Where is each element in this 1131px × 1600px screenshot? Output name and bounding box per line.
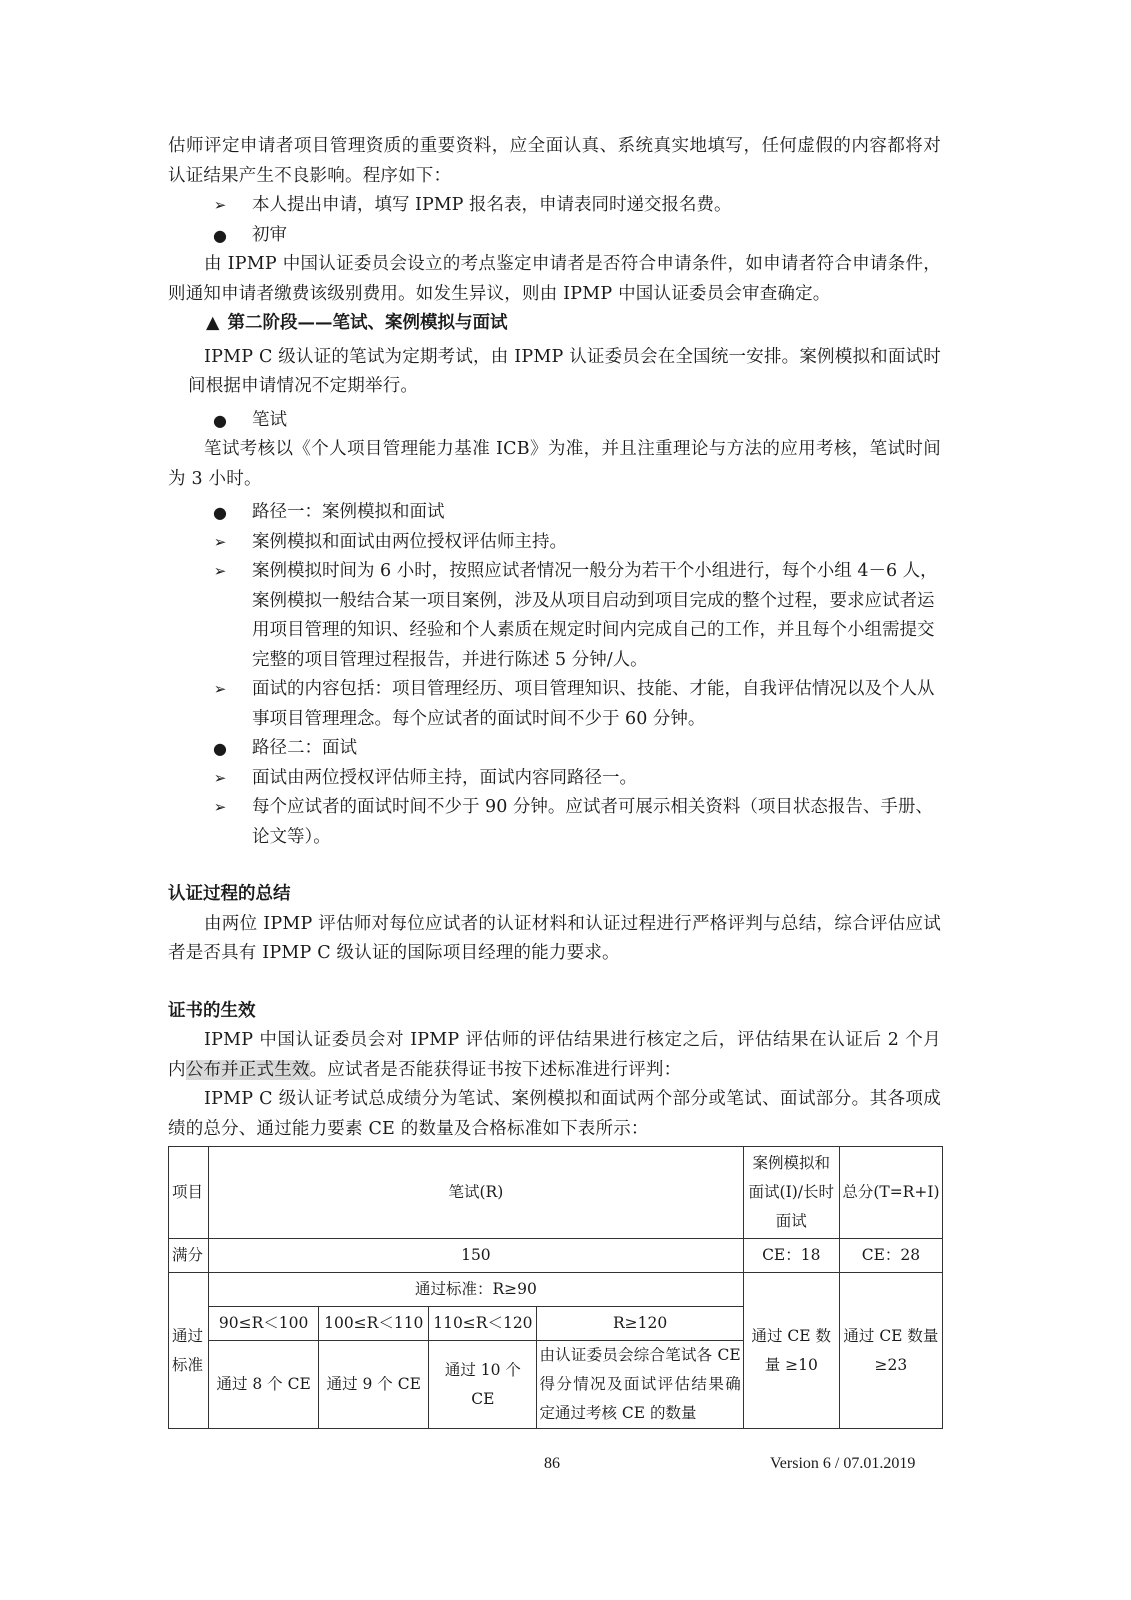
full-score-label: 满分 [169,1239,209,1273]
list-item: ➢ 案例模拟时间为 6 小时，按照应试者情况一般分为若干个小组进行，每个小组 4… [168,557,941,675]
review-paragraph: 由 IPMP 中国认证委员会设立的考点鉴定申请者是否符合申请条件，如申请者符合申… [168,250,941,309]
intro-paragraph: 估师评定申请者项目管理资质的重要资料，应全面认真、系统真实地填写，任何虚假的内容… [168,132,941,191]
header-case: 案例模拟和面试(I)/长时面试 [743,1147,839,1239]
requirement-cell: 通过 9 个 CE [319,1341,429,1429]
dot-bullet-icon: ● [210,221,230,251]
full-score-written: 150 [209,1239,744,1273]
certificate-paragraph-1: IPMP 中国认证委员会对 IPMP 评估师的评估结果进行核定之后，评估结果在认… [168,1026,941,1085]
range-cell: 110≤R＜120 [429,1307,537,1341]
table-row-full-score: 满分 150 CE：18 CE：28 [169,1239,943,1273]
stage2-paragraph: IPMP C 级认证的笔试为定期考试，由 IPMP 认证委员会在全国统一安排。案… [168,343,941,402]
list-item-path2: ● 路径二：面试 [168,734,941,764]
arrow-bullet-icon: ➢ [210,764,230,794]
pass-label: 通过标准 [169,1273,209,1429]
full-score-case: CE：18 [743,1239,839,1273]
range-cell: 90≤R＜100 [209,1307,319,1341]
table-header-row: 项目 笔试(R) 案例模拟和面试(I)/长时面试 总分(T=R+I) [169,1147,943,1239]
arrow-bullet-icon: ➢ [210,675,230,705]
pass-total: 通过 CE 数量 ≥23 [839,1273,942,1429]
document-page: 估师评定申请者项目管理资质的重要资料，应全面认真、系统真实地填写，任何虚假的内容… [168,132,941,1429]
arrow-bullet-icon: ➢ [210,557,230,587]
stage2-heading: ▲第二阶段——笔试、案例模拟与面试 [168,309,941,339]
requirement-cell: 通过 8 个 CE [209,1341,319,1429]
version-label: Version 6 / 07.01.2019 [770,1455,915,1473]
list-item: ➢ 面试的内容包括：项目管理经历、项目管理知识、技能、才能，自我评估情况以及个人… [168,675,941,734]
certificate-heading: 证书的生效 [168,997,941,1027]
certificate-paragraph-2: IPMP C 级认证考试总成绩分为笔试、案例模拟和面试两个部分或笔试、面试部分。… [168,1085,941,1144]
arrow-bullet-icon: ➢ [210,528,230,558]
pass-case: 通过 CE 数量 ≥10 [743,1273,839,1429]
highlighted-text: 公布并正式生效 [186,1060,310,1080]
list-item: ➢ 案例模拟和面试由两位授权评估师主持。 [168,528,941,558]
header-written: 笔试(R) [209,1147,744,1239]
list-item-apply: ➢ 本人提出申请，填写 IPMP 报名表，申请表同时递交报名费。 [168,191,941,221]
arrow-bullet-icon: ➢ [210,191,230,221]
range-cell: R≥120 [537,1307,743,1341]
triangle-marker-icon: ▲ [206,313,219,333]
header-item: 项目 [169,1147,209,1239]
scoring-table: 项目 笔试(R) 案例模拟和面试(I)/长时面试 总分(T=R+I) 满分 15… [168,1146,943,1429]
list-item-written-exam: ● 笔试 [168,406,941,436]
dot-bullet-icon: ● [210,498,230,528]
summary-paragraph: 由两位 IPMP 评估师对每位应试者的认证材料和认证过程进行严格评判与总结，综合… [168,910,941,969]
list-item: ➢ 面试由两位授权评估师主持，面试内容同路径一。 [168,764,941,794]
full-score-total: CE：28 [839,1239,942,1273]
page-number: 86 [544,1455,560,1473]
list-item-initial-review: ● 初审 [168,221,941,251]
summary-heading: 认证过程的总结 [168,880,941,910]
list-item-path1: ● 路径一：案例模拟和面试 [168,498,941,528]
list-item: ➢ 每个应试者的面试时间不少于 90 分钟。应试者可展示相关资料（项目状态报告、… [168,793,941,852]
pass-written-overall: 通过标准：R≥90 [209,1273,744,1307]
table-row-pass-overall: 通过标准 通过标准：R≥90 通过 CE 数量 ≥10 通过 CE 数量 ≥23 [169,1273,943,1307]
arrow-bullet-icon: ➢ [210,793,230,823]
written-exam-paragraph: 笔试考核以《个人项目管理能力基准 ICB》为准，并且注重理论与方法的应用考核，笔… [168,435,941,494]
requirement-cell: 由认证委员会综合笔试各 CE 得分情况及面试评估结果确定通过考核 CE 的数量 [537,1341,743,1429]
header-total: 总分(T=R+I) [839,1147,942,1239]
range-cell: 100≤R＜110 [319,1307,429,1341]
dot-bullet-icon: ● [210,406,230,436]
dot-bullet-icon: ● [210,734,230,764]
requirement-cell: 通过 10 个 CE [429,1341,537,1429]
